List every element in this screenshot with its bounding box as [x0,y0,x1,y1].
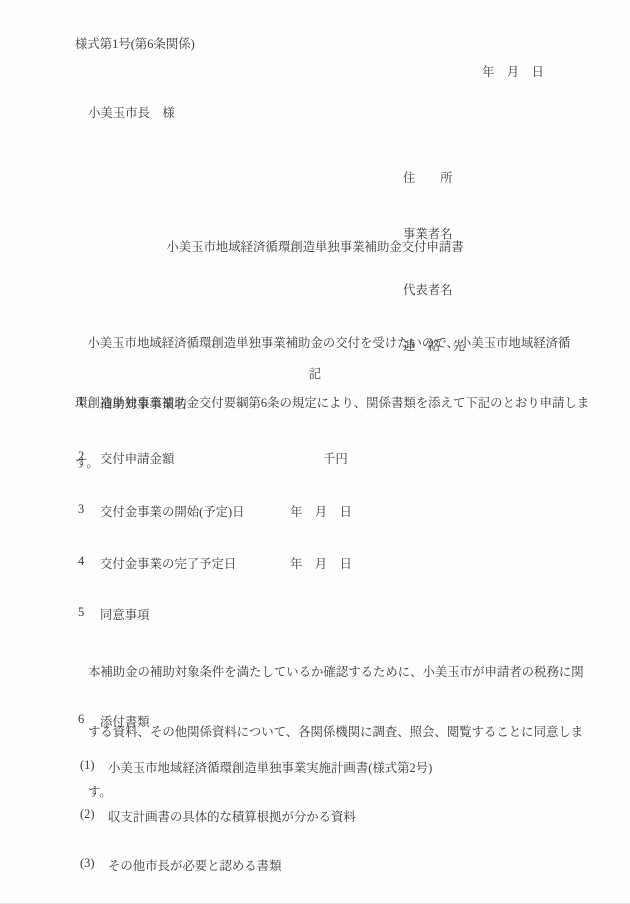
attachment-text: その他市長が必要と認める書類 [108,856,281,874]
attachments-list: (1) 小美玉市地域経済循環創造単独事業実施計画書(様式第2号) (2) 収支計… [80,728,99,904]
item-subsidy-project-name: 1 補助対象事業名 [0,394,630,412]
item-label: 添付書類 [100,712,150,730]
application-form-page: 様式第1号(第6条関係) 年 月 日 小美玉市長 様 住 所 事業者名 代表者名… [0,0,630,904]
ki-marker: 記 [0,364,630,382]
item-number: 1 [78,394,84,409]
item-label: 交付金事業の完了予定日 [100,554,236,572]
statement-line: 小美玉市地域経済循環創造単独事業補助金の交付を受けたいので、小美玉市地域経済循 [75,333,589,353]
item-label: 補助対象事業名 [100,394,187,412]
attachment-item: (2) 収支計画書の具体的な積算根拠が分かる資料 [80,807,99,826]
attachment-number: (1) [80,758,94,773]
attachment-item: (1) 小美玉市地域経済循環創造単独事業実施計画書(様式第2号) [80,758,99,777]
item-label: 交付金事業の開始(予定)日 [100,502,245,520]
item-label: 同意事項 [100,605,150,623]
addressee: 小美玉市長 様 [88,103,175,121]
address-label: 住 所 [403,169,465,188]
date-placeholder: 年 月 日 [290,554,352,572]
date-line: 年 月 日 [482,62,544,80]
item-number: 2 [78,449,84,464]
attachment-item: (3) その他市長が必要と認める書類 [80,856,99,875]
form-number: 様式第1号(第6条関係) [75,34,195,52]
consent-line: 本補助金の補助対象条件を満たしているか確認するために、小美玉市が申請者の税務に関 [88,662,584,682]
item-consent-heading: 5 同意事項 [0,605,630,623]
item-project-completion-date: 4 交付金事業の完了予定日 年 月 日 [0,554,630,572]
item-number: 6 [78,712,84,727]
item-application-amount: 2 交付申請金額 千円 [0,449,630,467]
document-title: 小美玉市地域経済循環創造単独事業補助金交付申請書 [0,237,630,255]
item-number: 5 [78,605,84,620]
attachment-text: 収支計画書の具体的な積算根拠が分かる資料 [108,807,356,825]
consent-line: す。 [88,782,584,802]
item-number: 4 [78,554,84,569]
attachment-number: (2) [80,807,94,822]
item-number: 3 [78,502,84,517]
item-label: 交付申請金額 [100,449,174,467]
attachment-number: (3) [80,856,94,871]
item-project-start-date: 3 交付金事業の開始(予定)日 年 月 日 [0,502,630,520]
attachment-text: 小美玉市地域経済循環創造単独事業実施計画書(様式第2号) [108,758,432,776]
date-placeholder: 年 月 日 [290,502,352,520]
amount-unit-label: 千円 [323,449,348,467]
